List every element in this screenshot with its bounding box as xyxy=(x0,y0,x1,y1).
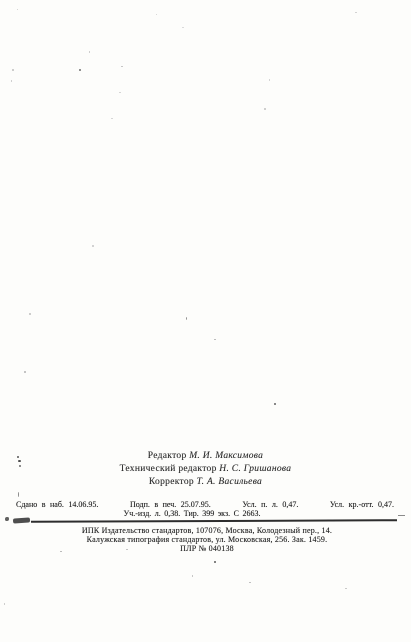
scan-speck xyxy=(182,27,184,28)
editor-name: М. И. Максимова xyxy=(189,451,263,461)
scan-speck xyxy=(79,69,81,71)
scan-speck xyxy=(249,582,251,583)
scan-artifact-dash xyxy=(398,515,405,516)
scan-speck xyxy=(60,551,62,552)
editor-role: Технический редактор xyxy=(120,464,220,474)
editor-line: Технический редактор Н. С. Гришанова xyxy=(0,463,411,476)
imprint-ink-impressions: Усл. кр.-отт. 0,47. xyxy=(330,500,394,509)
scan-speck xyxy=(192,575,193,577)
scan-speck xyxy=(121,66,123,67)
scan-speck xyxy=(119,92,121,93)
scan-speck xyxy=(17,9,18,10)
scan-speck xyxy=(92,245,94,247)
scan-speck xyxy=(269,79,270,81)
scanned-colophon-page: Редактор М. И. Максимова Технический ред… xyxy=(0,0,411,642)
imprint-signed-to-print: Подп. в печ. 25.07.95. xyxy=(130,500,211,509)
imprint-conventional-sheets: Усл. п. л. 0,47. xyxy=(242,500,298,509)
scan-speck xyxy=(186,317,187,320)
scan-speck xyxy=(17,456,19,458)
scan-speck xyxy=(345,588,347,589)
scan-speck xyxy=(89,51,90,53)
scan-speck xyxy=(18,460,21,462)
editor-role: Редактор xyxy=(148,451,189,461)
imprint-line-2: Уч.-изд. л. 0,38. Тир. 399 экз. С 2663. xyxy=(0,509,384,518)
editor-line: Редактор М. И. Максимова xyxy=(0,450,411,463)
ink-smudge xyxy=(5,517,9,521)
scan-speck xyxy=(111,118,113,119)
scan-speck xyxy=(19,465,21,467)
scan-speck xyxy=(214,561,216,563)
horizontal-rule xyxy=(31,519,397,523)
scan-speck xyxy=(156,14,157,15)
scan-speck xyxy=(29,313,31,315)
editor-name: Н. С. Гришанова xyxy=(219,464,291,474)
scan-speck xyxy=(4,603,5,605)
editors-block: Редактор М. И. Максимова Технический ред… xyxy=(0,450,411,489)
editor-line: Корректор Т. А. Васильева xyxy=(0,476,411,489)
scan-speck xyxy=(12,69,14,71)
scan-speck xyxy=(24,371,26,373)
scan-speck xyxy=(355,12,357,13)
imprint-sent-to-typesetting: Сдано в наб. 14.06.95. xyxy=(16,500,98,509)
editor-role: Корректор xyxy=(149,477,197,487)
address-block: ИПК Издательство стандартов, 107076, Мос… xyxy=(0,527,411,554)
imprint-line-1: Сдано в наб. 14.06.95. Подп. в печ. 25.0… xyxy=(16,500,394,509)
scan-speck xyxy=(264,108,266,110)
ink-smudge xyxy=(13,517,30,523)
scan-speck xyxy=(126,549,128,550)
scan-speck xyxy=(11,80,12,82)
scan-speck xyxy=(274,403,276,405)
editor-name: Т. А. Васильева xyxy=(197,477,263,487)
license-line: ПЛР № 040138 xyxy=(0,545,411,554)
scan-speck xyxy=(18,492,19,497)
scan-speck xyxy=(214,339,216,340)
